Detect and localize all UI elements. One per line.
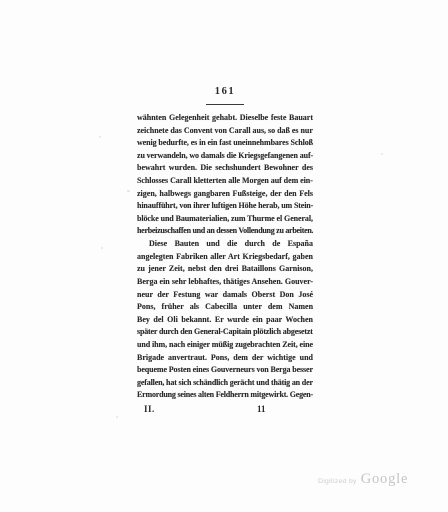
text-line-paragraph-start: Diese Bauten und die durch de España: [137, 238, 313, 251]
text-line: wenig bedurfte, es in ein fast uneinnehm…: [137, 137, 313, 150]
scan-speck: [101, 247, 103, 249]
text-line: Bey del Oli bekannt. Er wurde ein paar W…: [137, 314, 313, 327]
scan-speck: [127, 190, 130, 192]
text-line: herbeizuschaffen und an dessen Vollendun…: [137, 225, 313, 238]
footer-volume-mark: II.: [144, 404, 155, 414]
text-line: und ihm, nach einiger müßig zugebrachten…: [137, 339, 313, 352]
page-number-rule: [206, 104, 244, 105]
text-line: zu jener Zeit, nebst den drei Bataillons…: [137, 263, 313, 276]
google-logo-text: Google: [361, 471, 409, 488]
page-number: 161: [137, 86, 313, 97]
text-line: angelegten Fabriken aller Art Kriegsbeda…: [137, 251, 313, 264]
text-line: zigen, halbwegs gangbaren Fußsteige, der…: [137, 188, 313, 201]
scan-speck: [381, 153, 383, 155]
text-line: neur der Festung war damals Oberst Don J…: [137, 289, 313, 302]
text-line: hinaufführt, von ihrer luftigen Höhe her…: [137, 200, 313, 213]
text-line: bewahrt wurden. Die sechshundert Bewohne…: [137, 162, 313, 175]
text-line: zeichnete das Convent von Carall aus, so…: [137, 125, 313, 138]
text-line: wähnten Gelegenheit gehabt. Dieselbe fes…: [137, 112, 313, 125]
text-line: Berga ein sehr lebhaftes, thätiges Anseh…: [137, 276, 313, 289]
text-line: Pons, früher als Cabecilla unter dem Nam…: [137, 301, 313, 314]
text-line: Schlosses Carall kletterten alle Morgen …: [137, 175, 313, 188]
text-line: Ermordung seines alten Feldherrn mitgewi…: [137, 389, 313, 402]
scan-speck: [116, 416, 118, 418]
scan-speck: [99, 136, 101, 138]
text-line: Brigade anvertraut. Pons, dem der wichti…: [137, 352, 313, 365]
text-line: blöcke und Baumaterialien, zum Thurme el…: [137, 213, 313, 226]
text-block: wähnten Gelegenheit gehabt. Dieselbe fes…: [137, 112, 313, 402]
text-line: gefallen, hat sich schändlich gerächt un…: [137, 377, 313, 390]
text-line: bequeme Posten eines Gouverneurs von Ber…: [137, 364, 313, 377]
scanned-book-page: 161 wähnten Gelegenheit gehabt. Dieselbe…: [0, 0, 448, 512]
footer-signature-mark: 11: [257, 404, 266, 414]
google-watermark: Digitized by Google: [318, 471, 408, 488]
text-line: später durch den General-Capitain plötzl…: [137, 326, 313, 339]
text-line: zu verwandeln, wo damals die Kriegsgefan…: [137, 150, 313, 163]
digitized-by-text: Digitized by: [318, 478, 357, 485]
